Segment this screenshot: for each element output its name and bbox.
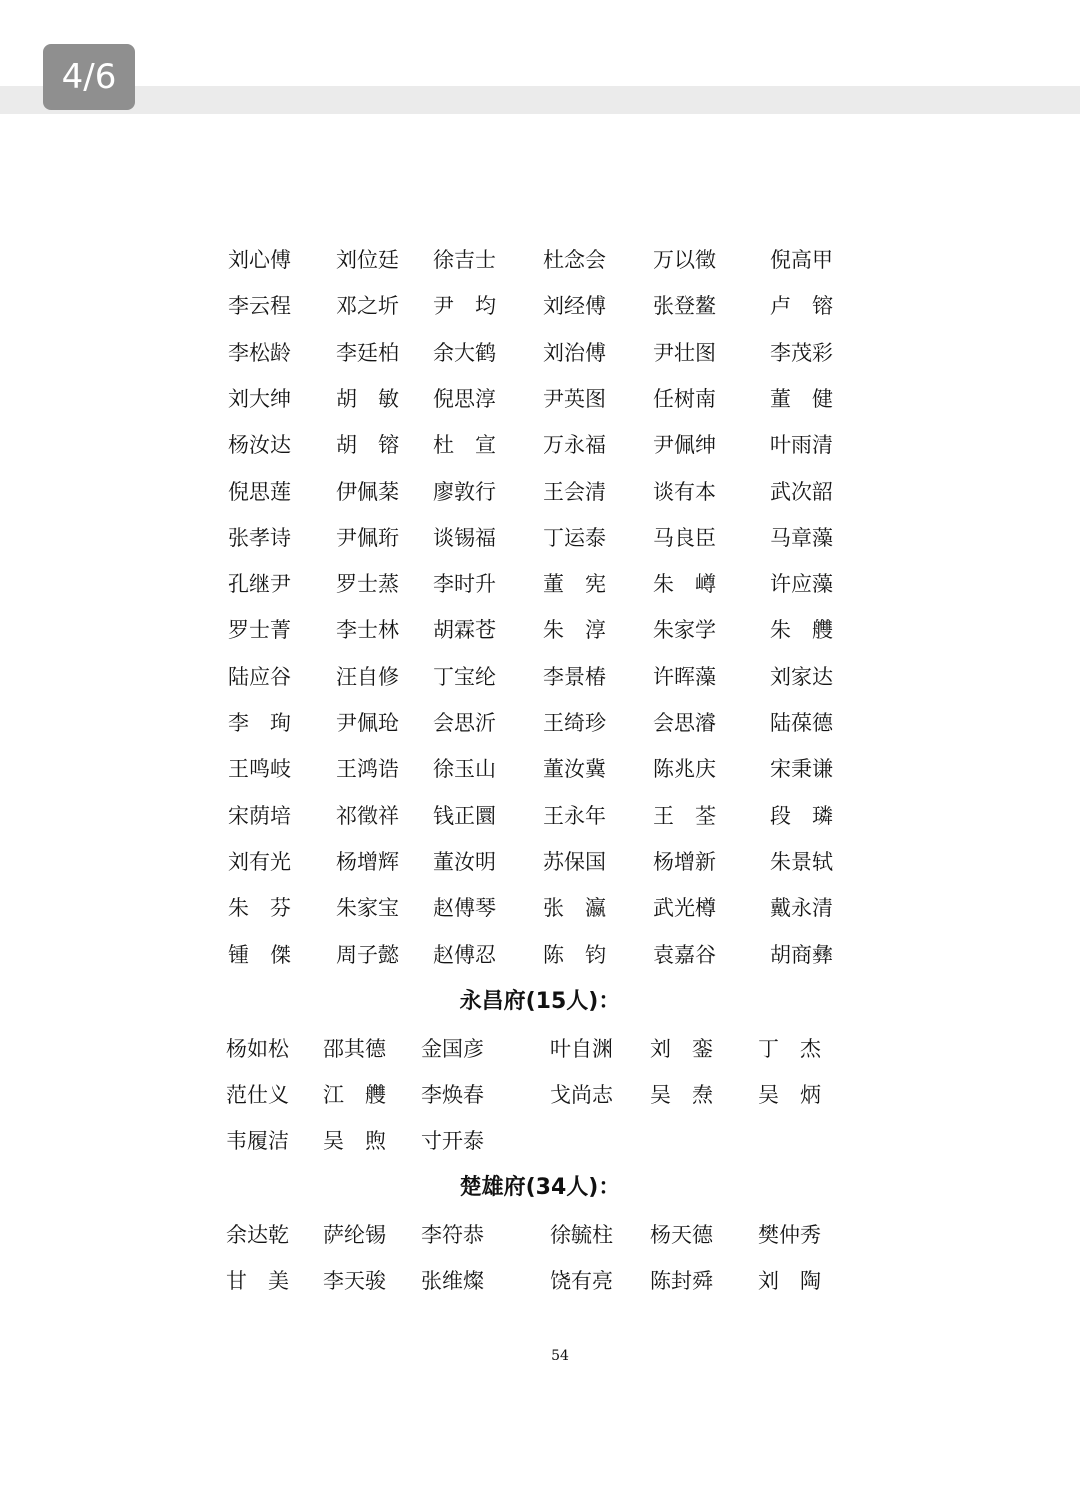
name-row: 杨如松邵其德金国彦叶自渊刘 銮丁 杰: [0, 1029, 1080, 1069]
person-name: 胡 镕: [336, 425, 399, 465]
person-name: 万永福: [543, 425, 606, 465]
person-name: 杨增辉: [336, 842, 399, 882]
person-name: 尹英图: [543, 379, 606, 419]
name-row: 李 珣尹佩玱会思沂王绮珍会思濬陆葆德: [0, 703, 1080, 743]
person-name: 李松龄: [228, 333, 291, 373]
person-name: 樊仲秀: [758, 1215, 821, 1255]
person-name: 倪高甲: [770, 240, 833, 280]
name-row: 刘有光杨增辉董汝明苏保国杨增新朱景轼: [0, 842, 1080, 882]
person-name: 宋秉谦: [770, 749, 833, 789]
person-name: 王永年: [543, 796, 606, 836]
person-name: 王绮珍: [543, 703, 606, 743]
person-name: 廖敦行: [433, 472, 496, 512]
name-row: 罗士菁李士林胡霖苍朱 淳朱家学朱 艭: [0, 610, 1080, 650]
person-name: 会思濬: [653, 703, 716, 743]
person-name: 李天骏: [323, 1261, 386, 1301]
name-row: 余达乾萨纶锡李符恭徐毓柱杨天德樊仲秀: [0, 1215, 1080, 1255]
person-name: 李士林: [336, 610, 399, 650]
person-name: 尹佩玱: [336, 703, 399, 743]
person-name: 会思沂: [433, 703, 496, 743]
person-name: 赵傅忍: [433, 935, 496, 975]
person-name: 杨汝达: [228, 425, 291, 465]
person-name: 陈封舜: [650, 1261, 713, 1301]
person-name: 张维燦: [421, 1261, 484, 1301]
person-name: 倪思淳: [433, 379, 496, 419]
name-row: 李松龄李廷柏余大鹤刘治傅尹壮图李茂彩: [0, 333, 1080, 373]
person-name: 袁嘉谷: [653, 935, 716, 975]
person-name: 胡霖苍: [433, 610, 496, 650]
person-name: 叶雨清: [770, 425, 833, 465]
person-name: 徐毓柱: [550, 1215, 613, 1255]
person-name: 董汝冀: [543, 749, 606, 789]
name-row: 李云程邓之圻尹 均刘经傅张登鳌卢 镕: [0, 286, 1080, 326]
person-name: 董 宪: [543, 564, 606, 604]
person-name: 万以徵: [653, 240, 716, 280]
person-name: 刘家达: [770, 657, 833, 697]
person-name: 韦履洁: [226, 1121, 289, 1161]
person-name: 尹佩珩: [336, 518, 399, 558]
person-name: 刘心傅: [228, 240, 291, 280]
person-name: 朱家学: [653, 610, 716, 650]
person-name: 江 艭: [323, 1075, 386, 1115]
person-name: 陈 钧: [543, 935, 606, 975]
name-row: 刘大绅胡 敏倪思淳尹英图任树南董 健: [0, 379, 1080, 419]
name-row: 刘心傅刘位廷徐吉士杜念会万以徵倪高甲: [0, 240, 1080, 280]
person-name: 孔继尹: [228, 564, 291, 604]
person-name: 任树南: [653, 379, 716, 419]
person-name: 胡 敏: [336, 379, 399, 419]
person-name: 金国彦: [421, 1029, 484, 1069]
name-row: 韦履洁吴 煦寸开泰: [0, 1121, 1080, 1161]
person-name: 倪思莲: [228, 472, 291, 512]
person-name: 尹 均: [433, 286, 496, 326]
person-name: 杨天德: [650, 1215, 713, 1255]
person-name: 朱 嶟: [653, 564, 716, 604]
person-name: 周子懿: [336, 935, 399, 975]
person-name: 胡商彝: [770, 935, 833, 975]
person-name: 朱家宝: [336, 888, 399, 928]
name-row: 张孝诗尹佩珩谈锡福丁运泰马良臣马章藻: [0, 518, 1080, 558]
person-name: 吴 煦: [323, 1121, 386, 1161]
person-name: 朱 艭: [770, 610, 833, 650]
person-name: 刘 陶: [758, 1261, 821, 1301]
name-row: 锺 傑周子懿赵傅忍陈 钧袁嘉谷胡商彝: [0, 935, 1080, 975]
person-name: 陆应谷: [228, 657, 291, 697]
person-name: 苏保国: [543, 842, 606, 882]
person-name: 祁徵祥: [336, 796, 399, 836]
name-row: 朱 芬朱家宝赵傅琴张 瀛武光樽戴永清: [0, 888, 1080, 928]
person-name: 刘经傅: [543, 286, 606, 326]
person-name: 朱 淳: [543, 610, 606, 650]
person-name: 谈有本: [653, 472, 716, 512]
person-name: 宋荫培: [228, 796, 291, 836]
person-name: 赵傅琴: [433, 888, 496, 928]
name-row: 宋荫培祁徵祥钱正圜王永年王 荃段 璘: [0, 796, 1080, 836]
person-name: 邓之圻: [336, 286, 399, 326]
person-name: 张孝诗: [228, 518, 291, 558]
person-name: 杜念会: [543, 240, 606, 280]
person-name: 张 瀛: [543, 888, 606, 928]
person-name: 许晖藻: [653, 657, 716, 697]
name-row: 范仕义江 艭李焕春戈尚志吴 焘吴 炳: [0, 1075, 1080, 1115]
person-name: 卢 镕: [770, 286, 833, 326]
person-name: 丁运泰: [543, 518, 606, 558]
person-name: 王 荃: [653, 796, 716, 836]
person-name: 王鸿诰: [336, 749, 399, 789]
person-name: 王鸣岐: [228, 749, 291, 789]
person-name: 汪自修: [336, 657, 399, 697]
person-name: 马良臣: [653, 518, 716, 558]
person-name: 尹壮图: [653, 333, 716, 373]
person-name: 余达乾: [226, 1215, 289, 1255]
person-name: 董 健: [770, 379, 833, 419]
person-name: 叶自渊: [550, 1029, 613, 1069]
person-name: 许应藻: [770, 564, 833, 604]
name-row: 孔继尹罗士蒸李时升董 宪朱 嶟许应藻: [0, 564, 1080, 604]
section-heading-yongchang: 永昌府(15人)：: [0, 984, 1080, 1015]
person-name: 杜 宣: [433, 425, 496, 465]
person-name: 吴 炳: [758, 1075, 821, 1115]
name-row: 陆应谷汪自修丁宝纶李景椿许晖藻刘家达: [0, 657, 1080, 697]
person-name: 武次韶: [770, 472, 833, 512]
person-name: 李 珣: [228, 703, 291, 743]
name-row: 杨汝达胡 镕杜 宣万永福尹佩绅叶雨清: [0, 425, 1080, 465]
person-name: 谈锡福: [433, 518, 496, 558]
person-name: 丁宝纶: [433, 657, 496, 697]
person-name: 刘有光: [228, 842, 291, 882]
person-name: 李时升: [433, 564, 496, 604]
person-name: 张登鳌: [653, 286, 716, 326]
person-name: 李茂彩: [770, 333, 833, 373]
person-name: 徐玉山: [433, 749, 496, 789]
person-name: 朱 芬: [228, 888, 291, 928]
person-name: 陈兆庆: [653, 749, 716, 789]
document-page: 刘心傅刘位廷徐吉士杜念会万以徵倪高甲李云程邓之圻尹 均刘经傅张登鳌卢 镕李松龄李…: [0, 0, 1080, 1499]
person-name: 范仕义: [226, 1075, 289, 1115]
person-name: 刘位廷: [336, 240, 399, 280]
person-name: 吴 焘: [650, 1075, 713, 1115]
person-name: 戈尚志: [550, 1075, 613, 1115]
person-name: 尹佩绅: [653, 425, 716, 465]
person-name: 马章藻: [770, 518, 833, 558]
person-name: 刘大绅: [228, 379, 291, 419]
person-name: 锺 傑: [228, 935, 291, 975]
person-name: 刘治傅: [543, 333, 606, 373]
person-name: 罗士菁: [228, 610, 291, 650]
person-name: 丁 杰: [758, 1029, 821, 1069]
person-name: 戴永清: [770, 888, 833, 928]
person-name: 杨增新: [653, 842, 716, 882]
person-name: 李焕春: [421, 1075, 484, 1115]
person-name: 甘 美: [226, 1261, 289, 1301]
person-name: 段 璘: [770, 796, 833, 836]
person-name: 李符恭: [421, 1215, 484, 1255]
page-number: 54: [0, 1348, 1080, 1364]
name-row: 王鸣岐王鸿诰徐玉山董汝冀陈兆庆宋秉谦: [0, 749, 1080, 789]
person-name: 刘 銮: [650, 1029, 713, 1069]
person-name: 伊佩棻: [336, 472, 399, 512]
person-name: 陆葆德: [770, 703, 833, 743]
person-name: 李廷柏: [336, 333, 399, 373]
person-name: 董汝明: [433, 842, 496, 882]
name-row: 倪思莲伊佩棻廖敦行王会清谈有本武次韶: [0, 472, 1080, 512]
person-name: 王会清: [543, 472, 606, 512]
person-name: 朱景轼: [770, 842, 833, 882]
person-name: 李景椿: [543, 657, 606, 697]
person-name: 李云程: [228, 286, 291, 326]
person-name: 萨纶锡: [323, 1215, 386, 1255]
person-name: 饶有亮: [550, 1261, 613, 1301]
name-row: 甘 美李天骏张维燦饶有亮陈封舜刘 陶: [0, 1261, 1080, 1301]
person-name: 罗士蒸: [336, 564, 399, 604]
person-name: 寸开泰: [421, 1121, 484, 1161]
person-name: 杨如松: [226, 1029, 289, 1069]
person-name: 钱正圜: [433, 796, 496, 836]
section-heading-chuxiong: 楚雄府(34人)：: [0, 1170, 1080, 1201]
person-name: 余大鹤: [433, 333, 496, 373]
person-name: 武光樽: [653, 888, 716, 928]
person-name: 邵其德: [323, 1029, 386, 1069]
person-name: 徐吉士: [433, 240, 496, 280]
